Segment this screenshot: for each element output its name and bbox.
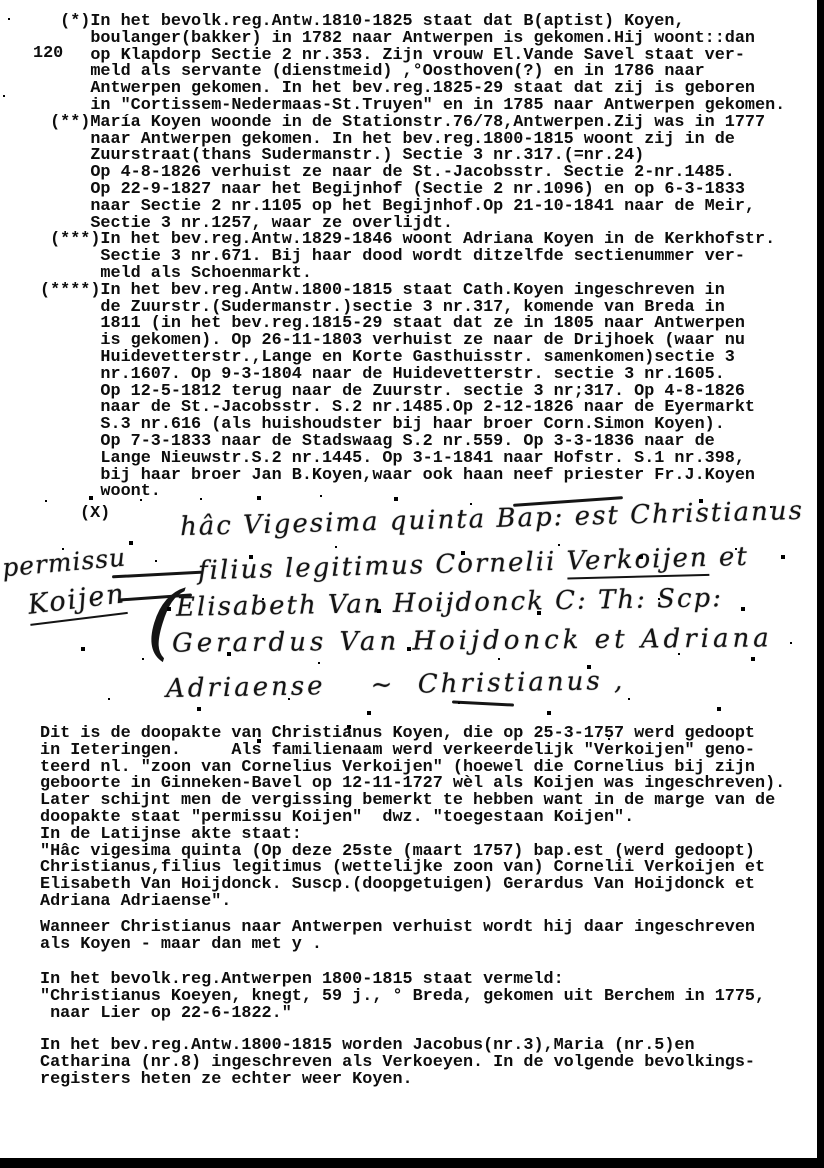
handwriting-line-1: hâc Vigesima quinta Bap: est Christianus bbox=[180, 496, 805, 542]
ink-dash bbox=[452, 700, 514, 706]
paragraph-wanneer: Wanneer Christianus naar Antwerpen verhu… bbox=[40, 920, 755, 954]
handwriting-line-2: filius legitimus Cornelii Verkoijen et bbox=[198, 542, 750, 586]
document-page: 120 (*)In het bevolk.reg.Antw.1810-1825 … bbox=[0, 0, 824, 1168]
handwriting-line-5: Adriaense ~ Christianus , bbox=[166, 666, 626, 704]
paragraph-doopakte-text: Dit is de doopakte van Christianus Koyen… bbox=[40, 726, 785, 911]
margin-x-mark: (X) bbox=[80, 506, 110, 523]
scan-edge-right-bar bbox=[817, 0, 824, 1168]
margin-note-permissu: permissu bbox=[1, 543, 127, 583]
footnotes-section: (*)In het bevolk.reg.Antw.1810-1825 staa… bbox=[40, 14, 785, 501]
handwriting-line-2-after: et bbox=[708, 542, 749, 573]
handwriting-line-3: Elisabeth Van Hoijdonck C: Th: Scp: bbox=[176, 583, 723, 623]
paragraph-bevolkingsregister-text: In het bevolk.reg.Antwerpen 1800-1815 st… bbox=[40, 972, 765, 1022]
footnote-block-1: (*)In het bevolk.reg.Antw.1810-1825 staa… bbox=[40, 14, 785, 115]
footnote-block-4: (****)In het bev.reg.Antw.1800-1815 staa… bbox=[40, 283, 785, 501]
handwriting-line-4: Gerardus Van Hoijdonck et Adriana bbox=[172, 623, 773, 658]
footnote-block-2: (**)María Koyen woonde in de Stationstr.… bbox=[40, 115, 785, 233]
handwriting-line-2-underlined: Verkoijen bbox=[566, 543, 709, 580]
scan-edge-bottom-bar bbox=[0, 1158, 824, 1168]
margin-note-koijen: Koijen bbox=[26, 578, 128, 626]
paragraph-doopakte: Dit is de doopakte van Christianus Koyen… bbox=[40, 726, 785, 911]
paragraph-wanneer-text: Wanneer Christianus naar Antwerpen verhu… bbox=[40, 920, 755, 954]
ink-speckles bbox=[0, 0, 2, 2]
paragraph-bevolkingsregister: In het bevolk.reg.Antwerpen 1800-1815 st… bbox=[40, 972, 765, 1022]
paragraph-verkoeyen-text: In het bev.reg.Antw.1800-1815 worden Jac… bbox=[40, 1038, 755, 1088]
footnote-block-3: (***)In het bev.reg.Antw.1829-1846 woont… bbox=[40, 232, 785, 282]
paragraph-verkoeyen: In het bev.reg.Antw.1800-1815 worden Jac… bbox=[40, 1038, 755, 1088]
handwriting-line-2-before: filius legitimus Cornelii bbox=[198, 547, 567, 587]
